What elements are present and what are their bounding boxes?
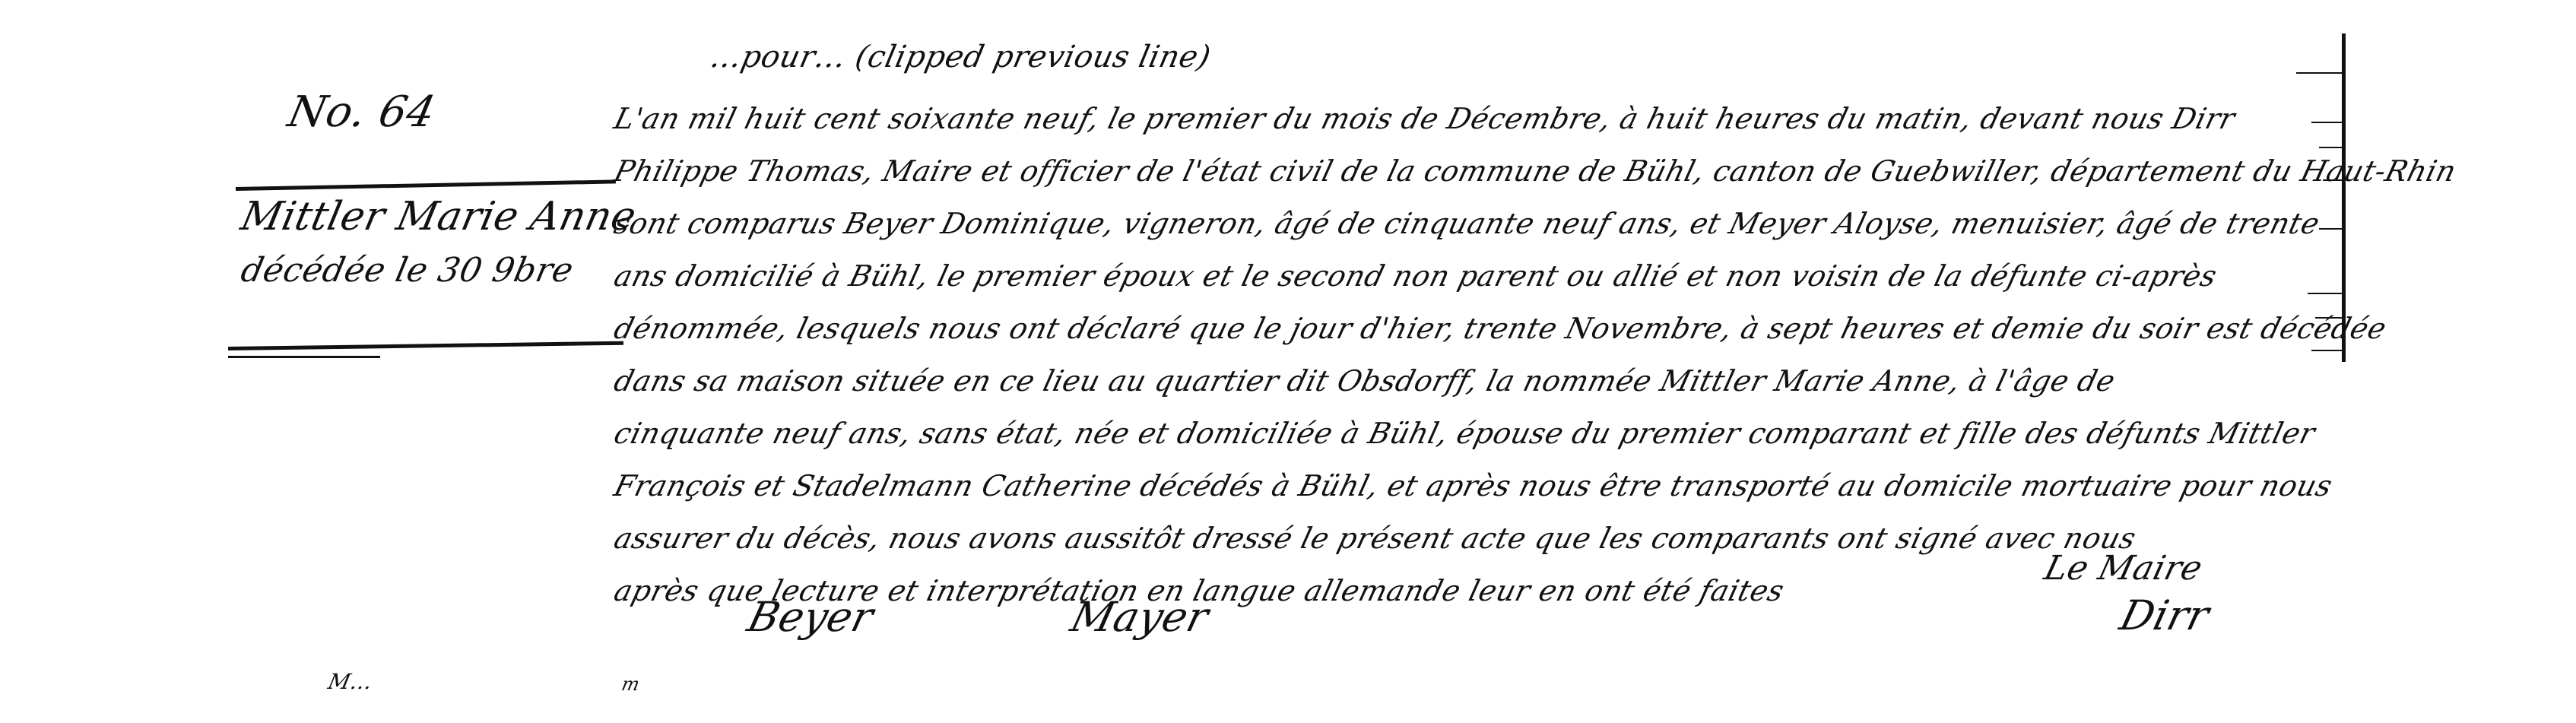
entry-number: No. 64	[284, 87, 439, 137]
line-end-tick	[2315, 317, 2343, 319]
signature-mayer: Mayer	[1066, 593, 1213, 641]
line-end-tick	[2296, 72, 2343, 74]
margin-divider-bottom	[228, 341, 623, 350]
margin-deceased-name: Mittler Marie Anne	[237, 194, 641, 239]
record-line-4: ans domicilié à Bühl, le premier époux e…	[608, 250, 2347, 303]
record-line-7: cinquante neuf ans, sans état, née et do…	[608, 407, 2347, 460]
document-page: …pour… (clipped previous line) No. 64 Mi…	[0, 0, 2576, 723]
mayor-label: Le Maire	[2041, 549, 2206, 588]
margin-divider-double	[228, 356, 380, 358]
record-line-1: L'an mil huit cent soixante neuf, le pre…	[608, 93, 2347, 145]
record-line-2: Philippe Thomas, Maire et officier de l'…	[608, 145, 2347, 198]
line-end-tick	[2319, 228, 2343, 230]
page-right-border	[2342, 33, 2346, 362]
signature-dirr: Dirr	[2115, 591, 2214, 639]
line-end-tick	[2323, 179, 2343, 181]
line-end-tick	[2319, 147, 2343, 148]
next-entry-fragment-body: m	[620, 674, 642, 695]
record-line-6: dans sa maison située en ce lieu au quar…	[608, 355, 2347, 407]
record-line-3: sont comparus Beyer Dominique, vigneron,…	[608, 198, 2347, 250]
previous-entry-fragment: …pour… (clipped previous line)	[707, 40, 1213, 75]
record-body: L'an mil huit cent soixante neuf, le pre…	[608, 93, 2334, 617]
line-end-tick	[2311, 350, 2343, 351]
next-entry-fragment-margin: M…	[325, 669, 375, 694]
record-line-8: François et Stadelmann Catherine décédés…	[608, 460, 2347, 512]
margin-death-date: décédée le 30 9bre	[238, 251, 577, 290]
line-end-tick	[2311, 122, 2343, 123]
signature-beyer: Beyer	[743, 593, 878, 641]
margin-divider-top	[236, 179, 616, 191]
record-line-5: dénommée, lesquels nous ont déclaré que …	[608, 303, 2347, 355]
line-end-tick	[2308, 293, 2343, 294]
